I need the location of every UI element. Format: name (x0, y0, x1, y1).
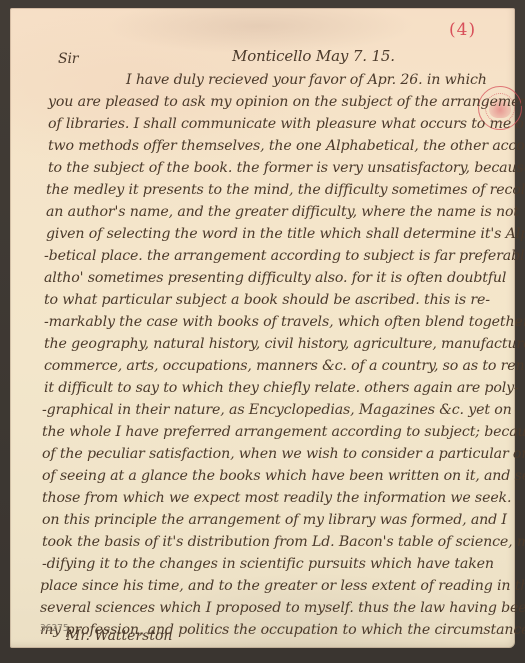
body-line: altho' sometimes presenting difficulty a… (44, 269, 506, 287)
body-line: I have duly recieved your favor of Apr. … (126, 71, 487, 89)
body-line: the geography, natural history, civil hi… (44, 335, 525, 353)
body-line: took the basis of it's distribution from… (42, 533, 525, 551)
body-line: two methods offer themselves, the one Al… (48, 137, 525, 155)
body-line: -markably the case with books of travels… (44, 313, 525, 331)
body-line: an author's name, and the greater diffic… (46, 203, 519, 221)
salutation: Sir (58, 50, 78, 68)
catalog-number: 36275 (40, 623, 69, 634)
body-line: -graphical in their nature, as Encyclope… (42, 401, 512, 419)
body-line: several sciences which I proposed to mys… (40, 599, 525, 617)
body-line: commerce, arts, occupations, manners &c.… (44, 357, 525, 375)
body-line: to what particular subject a book should… (44, 291, 490, 309)
body-line: -betical place. the arrangement accordin… (44, 247, 525, 265)
body-line: place since his time, and to the greater… (40, 577, 525, 595)
body-line: of libraries. I shall communicate with p… (48, 115, 525, 133)
body-line: to the subject of the book. the former i… (48, 159, 525, 177)
body-line: on this principle the arrangement of my … (42, 511, 507, 529)
body-line: given of selecting the word in the title… (46, 225, 525, 243)
body-line: it difficult to say to which they chiefl… (44, 379, 519, 397)
page-number-annotation: (4) (449, 20, 476, 40)
body-line: of the peculiar satisfaction, when we wi… (42, 445, 525, 463)
body-line: you are pleased to ask my opinion on the… (48, 93, 525, 111)
dateline: Monticello May 7. 15. (232, 47, 395, 65)
body-line: of seeing at a glance the books which ha… (42, 467, 525, 485)
body-line: the medley it presents to the mind, the … (46, 181, 525, 199)
body-line: the whole I have preferred arrangement a… (42, 423, 525, 441)
addressee: Mr. Watterston (66, 628, 172, 644)
scan-background: (4) Sir Monticello May 7. 15. I have dul… (0, 0, 525, 663)
body-line: -difying it to the changes in scientific… (42, 555, 494, 573)
body-line: those from which we expect most readily … (42, 489, 511, 507)
